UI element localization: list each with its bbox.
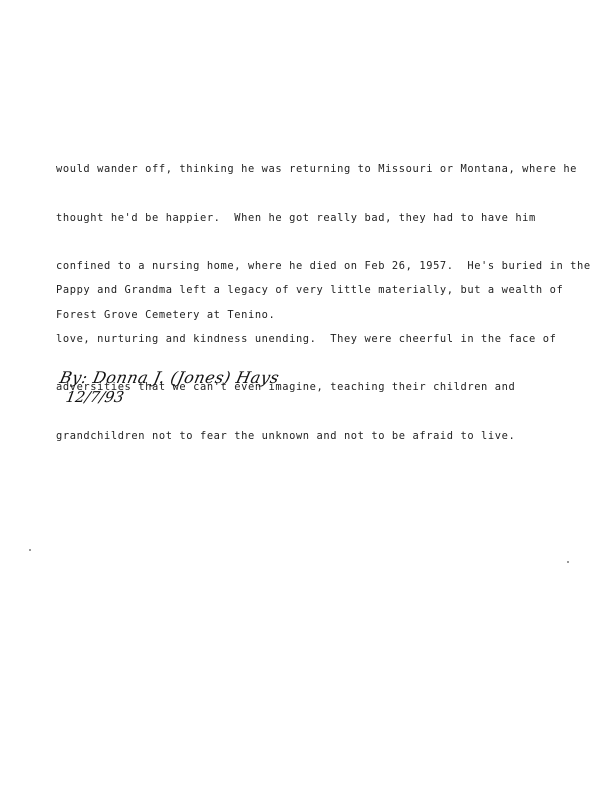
scan-speck: [29, 549, 31, 551]
text-line: love, nurturing and kindness unending. T…: [56, 327, 563, 352]
paragraph-legacy: Pappy and Grandma left a legacy of very …: [56, 254, 563, 472]
text-line: thought he'd be happier. When he got rea…: [56, 206, 591, 231]
document-page: would wander off, thinking he was return…: [0, 0, 612, 792]
text-line: would wander off, thinking he was return…: [56, 157, 591, 182]
signature-date: 12/7/93: [64, 388, 280, 406]
handwritten-signature: By: Donna J. (Jones) Hays 12/7/93: [60, 368, 279, 406]
text-line: Pappy and Grandma left a legacy of very …: [56, 278, 563, 303]
scan-speck: [567, 561, 569, 563]
signature-name: By: Donna J. (Jones) Hays: [58, 368, 281, 387]
text-line: grandchildren not to fear the unknown an…: [56, 424, 563, 449]
